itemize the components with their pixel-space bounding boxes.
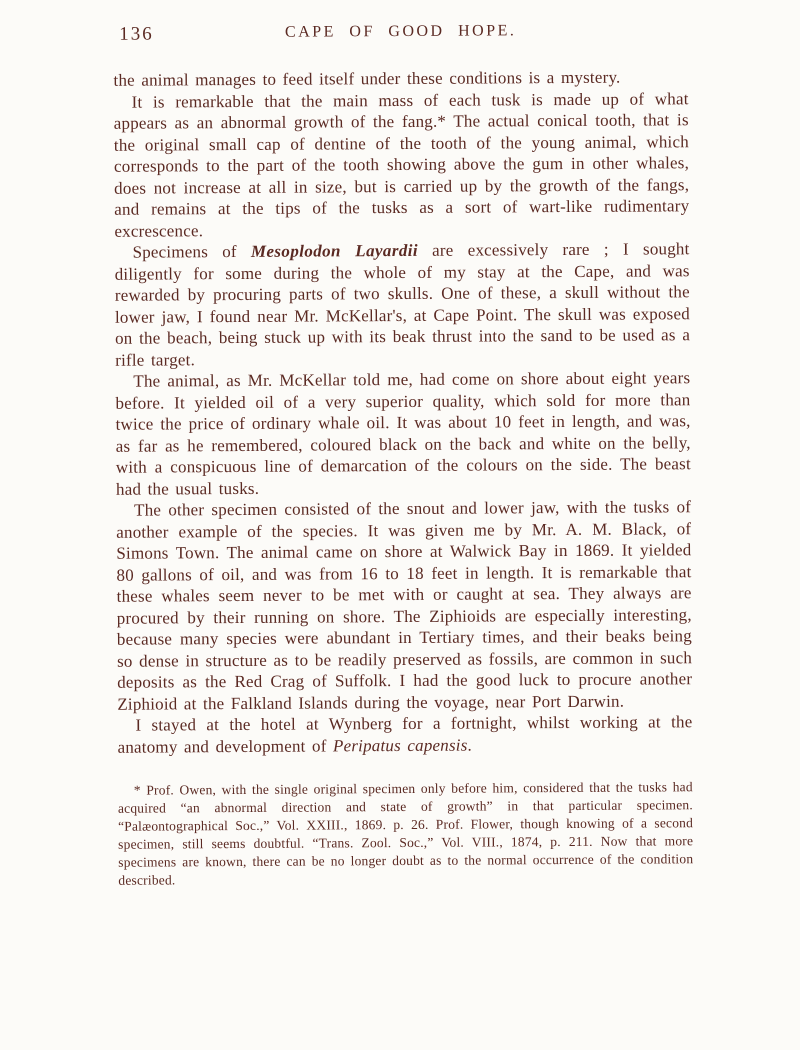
species-name: Mesoplodon Layardii	[251, 241, 418, 261]
text-run: * Prof. Owen, with the single original s…	[118, 779, 693, 888]
footnote-paragraph: * Prof. Owen, with the single original s…	[118, 778, 694, 890]
paragraph: The animal, as Mr. McKellar told me, had…	[115, 367, 691, 500]
page-header: 136 CAPE OF GOOD HOPE.	[113, 20, 688, 48]
paragraph: the animal manages to feed itself under …	[113, 66, 688, 91]
text-run: The other specimen consisted of the snou…	[116, 497, 692, 713]
text-run: the animal manages to feed itself under …	[113, 68, 620, 90]
running-title: CAPE OF GOOD HOPE.	[113, 21, 688, 43]
book-page: 136 CAPE OF GOOD HOPE. the animal manage…	[0, 0, 800, 1050]
page-body: the animal manages to feed itself under …	[113, 66, 692, 757]
text-run: It is remarkable that the main mass of e…	[114, 89, 690, 241]
paragraph: I stayed at the hotel at Wynberg for a f…	[117, 711, 692, 758]
footnote: * Prof. Owen, with the single original s…	[118, 778, 694, 890]
paragraph: Specimens of Mesoplodon Layardii are exc…	[114, 238, 690, 371]
paragraph: It is remarkable that the main mass of e…	[114, 88, 690, 242]
text-run: .	[467, 735, 472, 754]
paragraph: The other specimen consisted of the snou…	[116, 496, 692, 715]
species-name: Peripatus capensis	[333, 735, 468, 755]
text-run: Specimens of	[132, 242, 251, 262]
text-run: The animal, as Mr. McKellar told me, had…	[115, 368, 690, 498]
